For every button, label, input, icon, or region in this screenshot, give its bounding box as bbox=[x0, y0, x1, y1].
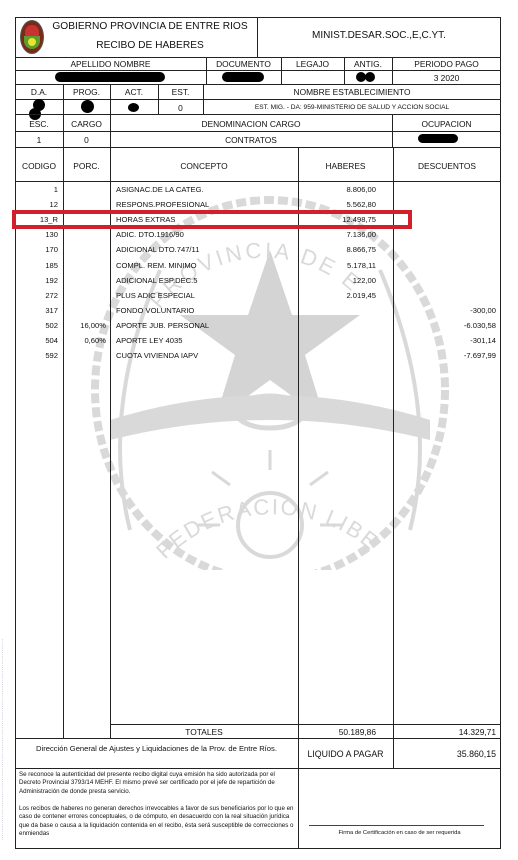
highlight-box bbox=[12, 210, 412, 229]
label-nombre-establecimiento: NOMBRE ESTABLECIMIENTO bbox=[203, 88, 501, 96]
signature-line bbox=[309, 825, 484, 826]
row-codigo: 272 bbox=[15, 292, 58, 300]
row-concepto: ADICIONAL DTO.747/11 bbox=[116, 246, 296, 254]
periodo-pago-value: 3 2020 bbox=[392, 74, 501, 82]
row-haberes: 8.866,75 bbox=[298, 246, 376, 254]
col-codigo: CODIGO bbox=[15, 162, 63, 170]
notice-authenticity: Se reconoce la autenticidad del presente… bbox=[19, 771, 297, 796]
row-descuentos: -7.697,99 bbox=[393, 352, 496, 360]
redacted-act bbox=[128, 103, 139, 112]
col-descuentos: DESCUENTOS bbox=[393, 162, 501, 170]
direccion-text: Dirección General de Ajustes y Liquidaci… bbox=[15, 745, 298, 753]
label-da: D.A. bbox=[15, 88, 63, 96]
row-concepto: APORTE LEY 4035 bbox=[116, 337, 296, 345]
row-codigo: 12 bbox=[15, 201, 58, 209]
row-descuentos: -6.030,58 bbox=[393, 322, 496, 330]
row-haberes: 8.806,00 bbox=[298, 186, 376, 194]
redacted-ocupacion bbox=[418, 134, 458, 143]
row-concepto: RESPONS.PROFESIONAL bbox=[116, 201, 296, 209]
province-logo bbox=[20, 20, 44, 54]
ministry-name: MINIST.DESAR.SOC.,E,C.YT. bbox=[257, 31, 501, 41]
liquido-label: LIQUIDO A PAGAR bbox=[298, 750, 393, 759]
row-descuentos: -300,00 bbox=[393, 307, 496, 315]
label-prog: PROG. bbox=[63, 88, 110, 96]
firma-label: Firma de Certificación en caso de ser re… bbox=[298, 831, 501, 837]
row-concepto: ASIGNAC.DE LA CATEG. bbox=[116, 186, 296, 194]
total-descuentos: 14.329,71 bbox=[393, 728, 496, 736]
label-esc: ESC. bbox=[15, 120, 63, 128]
row-concepto: COMPL. REM. MINIMO bbox=[116, 262, 296, 270]
row-concepto: FONDO VOLUNTARIO bbox=[116, 307, 296, 315]
total-haberes: 50.189,86 bbox=[298, 728, 376, 736]
label-ocupacion: OCUPACION bbox=[392, 120, 501, 128]
doc-title: RECIBO DE HABERES bbox=[45, 41, 255, 51]
row-haberes: 2.019,45 bbox=[298, 292, 376, 300]
row-codigo: 592 bbox=[15, 352, 58, 360]
row-concepto: ADICIONAL ESP.DEC.5 bbox=[116, 277, 296, 285]
row-porc: 16,00% bbox=[63, 322, 106, 330]
row-haberes: 5.562,80 bbox=[298, 201, 376, 209]
col-porc: PORC. bbox=[63, 162, 110, 170]
esc-value: 1 bbox=[15, 136, 63, 144]
label-antig: ANTIG. bbox=[344, 60, 392, 68]
label-documento: DOCUMENTO bbox=[206, 60, 281, 68]
notice-corrections: Los recibos de haberes no generan derech… bbox=[19, 805, 297, 838]
redacted-prog bbox=[81, 100, 94, 113]
row-porc: 0,60% bbox=[63, 337, 106, 345]
security-edge-text: ········································… bbox=[0, 639, 6, 840]
row-codigo: 502 bbox=[15, 322, 58, 330]
row-codigo: 317 bbox=[15, 307, 58, 315]
row-codigo: 185 bbox=[15, 262, 58, 270]
row-haberes: 122,00 bbox=[298, 277, 376, 285]
gov-title: GOBIERNO PROVINCIA DE ENTRE RIOS bbox=[45, 22, 255, 32]
label-cargo: CARGO bbox=[63, 120, 110, 128]
row-concepto: ADIC. DTO.1916/90 bbox=[116, 231, 296, 239]
row-codigo: 192 bbox=[15, 277, 58, 285]
col-haberes: HABERES bbox=[298, 162, 393, 170]
row-codigo: 170 bbox=[15, 246, 58, 254]
label-periodo-pago: PERIODO PAGO bbox=[392, 60, 501, 68]
row-concepto: CUOTA VIVIENDA IAPV bbox=[116, 352, 296, 360]
cargo-value: 0 bbox=[63, 136, 110, 144]
row-descuentos: -301,14 bbox=[393, 337, 496, 345]
label-denominacion-cargo: DENOMINACION CARGO bbox=[110, 120, 392, 128]
label-apellido-nombre: APELLIDO NOMBRE bbox=[15, 60, 206, 68]
row-concepto: APORTE JUB. PERSONAL bbox=[116, 322, 296, 330]
col-concepto: CONCEPTO bbox=[110, 162, 298, 170]
liquido-value: 35.860,15 bbox=[393, 750, 496, 759]
est-value: 0 bbox=[158, 104, 203, 112]
row-codigo: 1 bbox=[15, 186, 58, 194]
label-est: EST. bbox=[158, 88, 203, 96]
denominacion-cargo-value: CONTRATOS bbox=[110, 136, 392, 144]
row-codigo: 504 bbox=[15, 337, 58, 345]
row-haberes: 5.178,11 bbox=[298, 262, 376, 270]
row-haberes: 7.136,00 bbox=[298, 231, 376, 239]
nombre-establecimiento-value: EST. MIG. - DA: 959-MINISTERIO DE SALUD … bbox=[203, 105, 501, 112]
totals-label: TOTALES bbox=[110, 728, 298, 736]
label-act: ACT. bbox=[110, 88, 158, 96]
row-codigo: 130 bbox=[15, 231, 58, 239]
label-legajo: LEGAJO bbox=[281, 60, 344, 68]
row-concepto: PLUS ADIC ESPECIAL bbox=[116, 292, 296, 300]
